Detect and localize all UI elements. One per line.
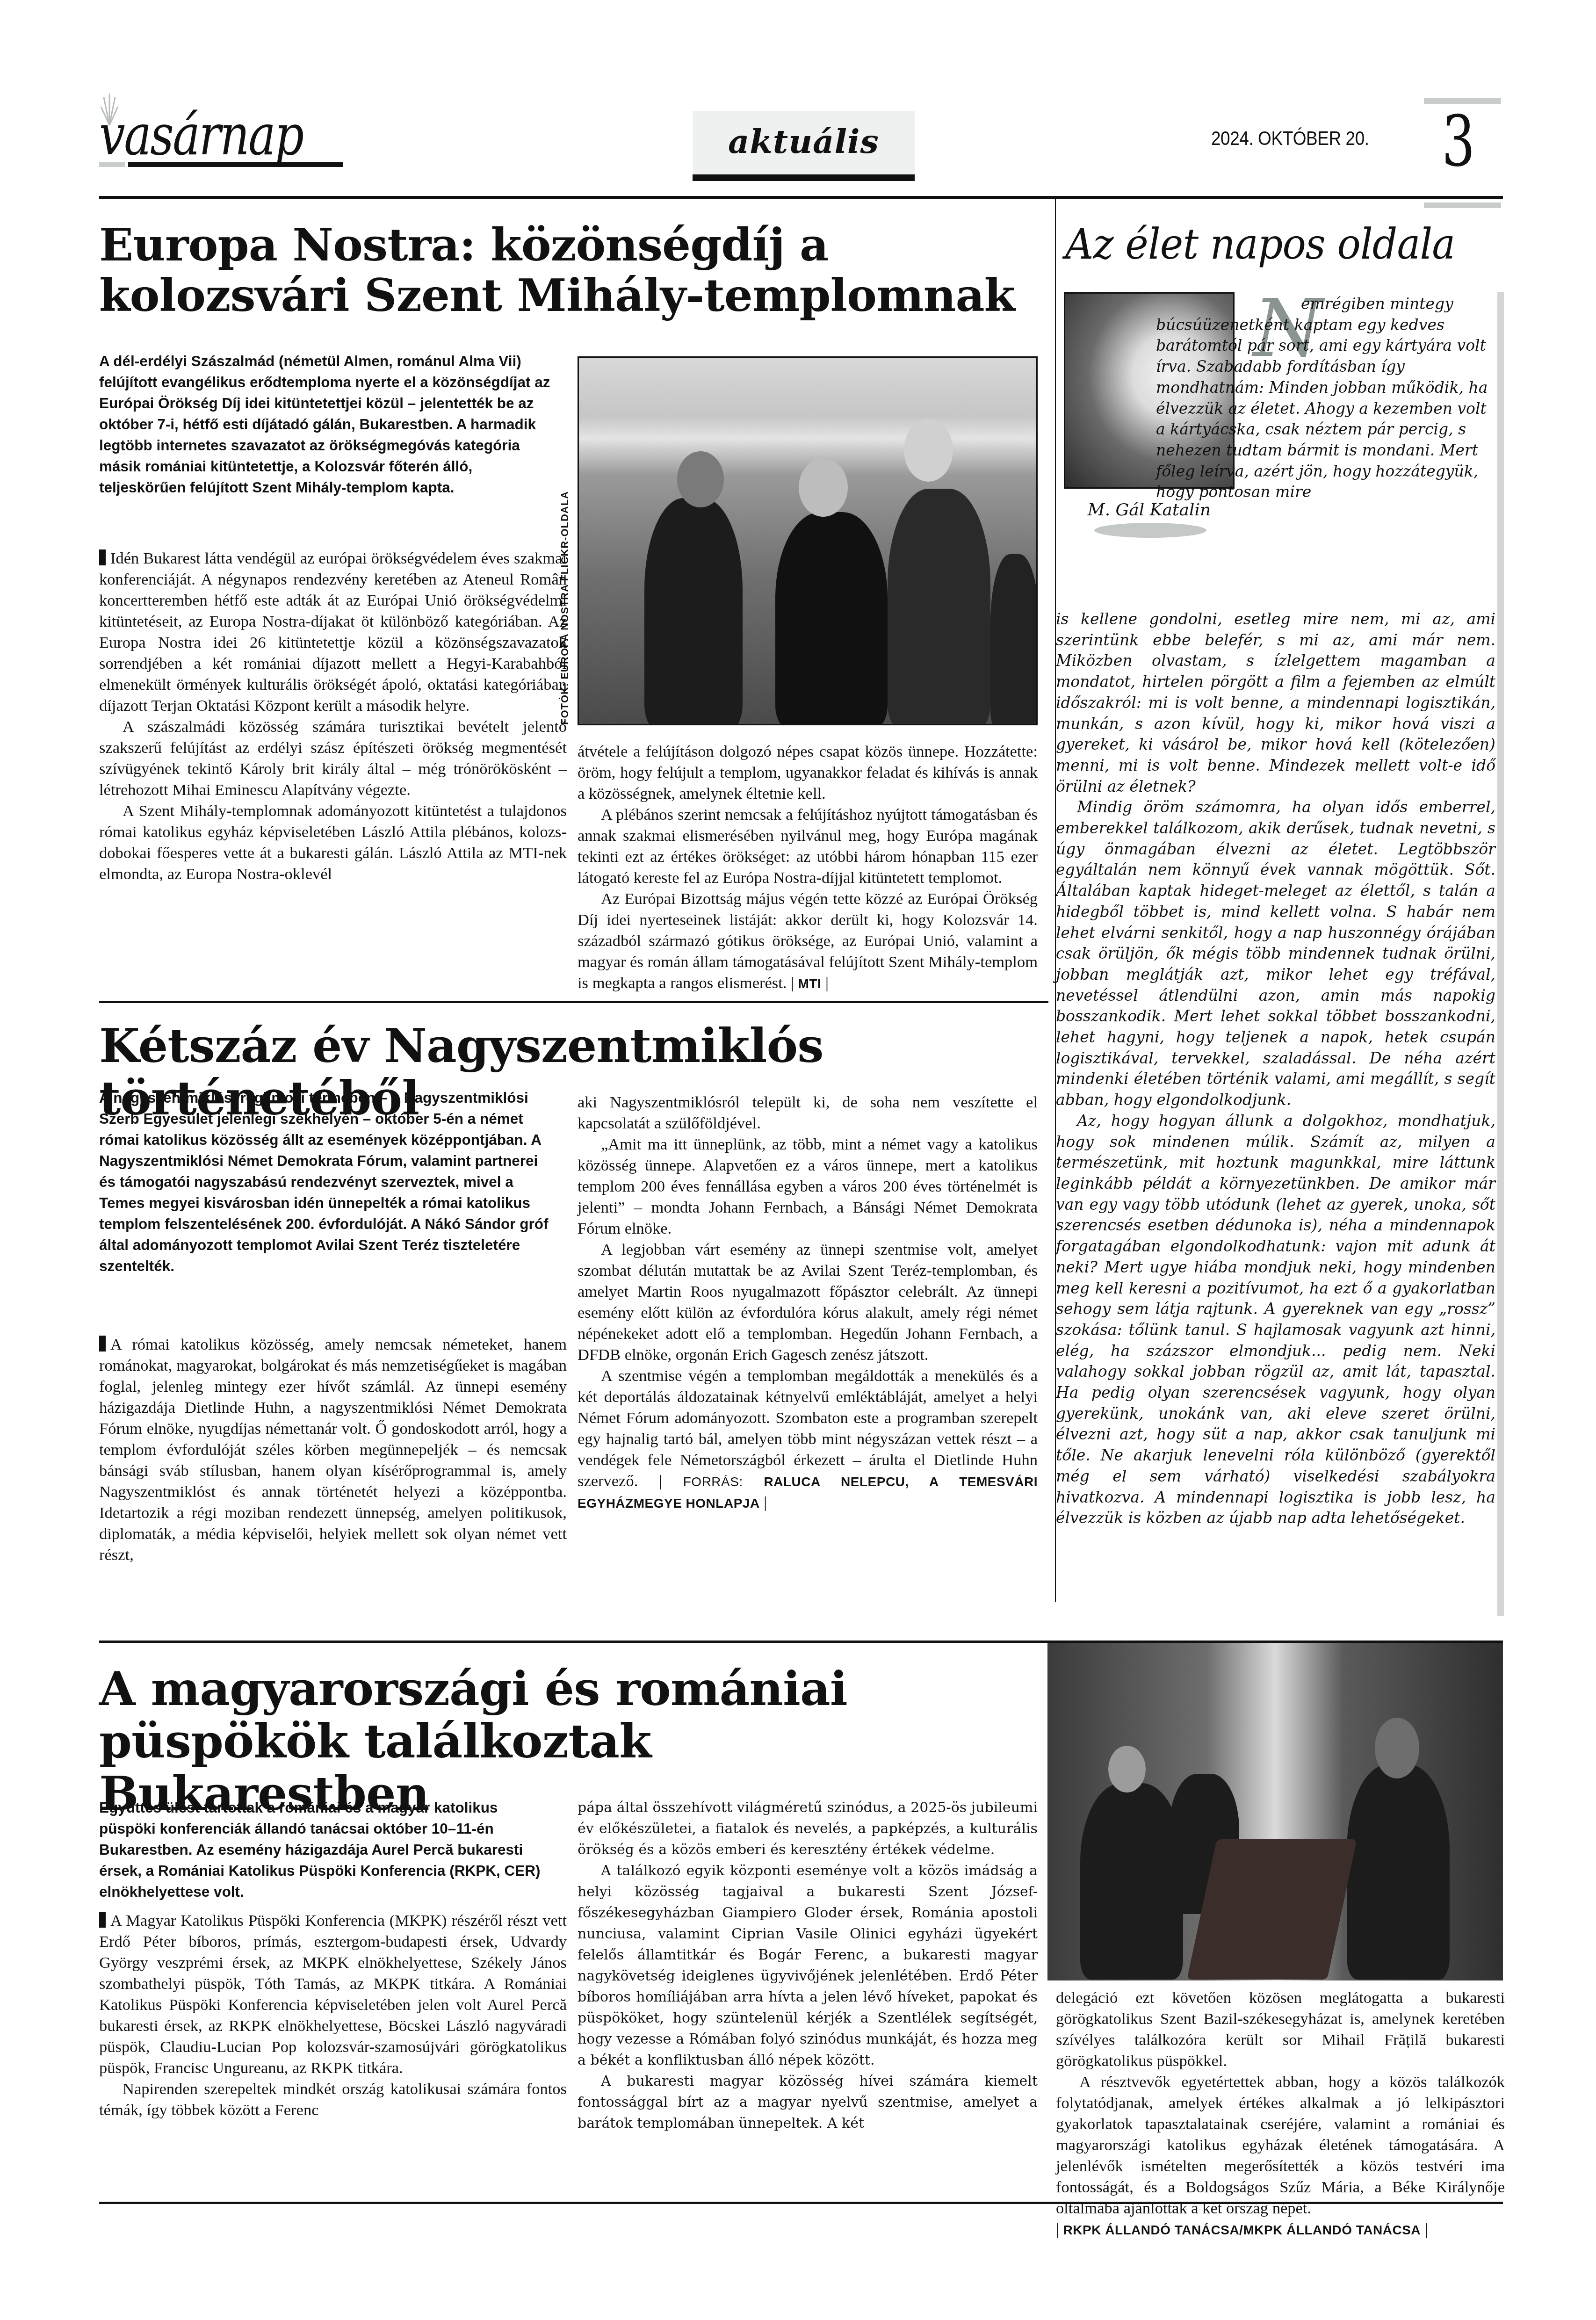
paragraph: A szászalmádi közösség számára turisztik… (99, 716, 567, 801)
paragraph: Idén Bukarest látta vendégül az európai … (99, 548, 567, 716)
article-divider (99, 1001, 1048, 1003)
header-rule (99, 196, 1503, 199)
paragraph: „Amit ma itt ünneplünk, az több, mint a … (578, 1134, 1038, 1239)
paragraph-marker (99, 1912, 106, 1928)
paragraph: A római katolikus közösség, amely nemcsa… (99, 1334, 567, 1566)
paragraph: Az Európai Bizottság május végén tette k… (578, 889, 1038, 994)
article3-photo (1047, 1643, 1503, 1980)
section-label: aktuális (693, 122, 915, 161)
section-tag: aktuális (693, 111, 915, 181)
article1-column-1: Idén Bukarest látta vendégül az európai … (99, 548, 567, 885)
paragraph: A szentmise végén a templomban megáldott… (578, 1366, 1038, 1514)
article3-column-2: pápa által összehívott világméretű szinó… (578, 1797, 1038, 2134)
article3-headline: A magyarországi és romániai püspökök tal… (99, 1662, 988, 1820)
paragraph-marker (99, 1336, 106, 1352)
paragraph: is kellene gondolni, esetleg mire nem, m… (1056, 609, 1495, 797)
paragraph: A bukaresti magyar közösség hívei számár… (578, 2071, 1038, 2134)
paragraph: A Magyar Katolikus Püspöki Konferencia (… (99, 1910, 567, 2079)
paragraph: Az, hogy hogyan állunk a dolgokhoz, mond… (1056, 1111, 1495, 1529)
page-number-value: 3 (1442, 107, 1475, 177)
article1-headline: Europa Nostra: közönségdíj a kolozsvári … (99, 220, 1034, 320)
opinion-title: Az élet napos oldala (1065, 220, 1474, 269)
article2-source: RALUCA NELEPCU, A TEMESVÁRI EGYHÁZMEGYE … (578, 1474, 1038, 1511)
article2-lead: A nagyszentmiklósi régi mozi termében – … (99, 1087, 557, 1277)
paragraph: átvétele a felújításon dolgozó népes csa… (578, 741, 1038, 804)
paragraph: Napirenden szerepeltek mindkét ország ka… (99, 2079, 567, 2121)
logo-text: vasárnap (99, 108, 303, 164)
opinion-intro: emrégiben mintegy búcsúüzenetként kaptam… (1156, 294, 1495, 503)
opinion-body: is kellene gondolni, esetleg mire nem, m… (1056, 609, 1495, 1529)
article1-photo (578, 356, 1038, 725)
paragraph: delegáció ezt követően közösen meglátoga… (1056, 1988, 1505, 2072)
article3-lead: Együttes ülést tartottak a romániai és a… (99, 1797, 557, 1902)
article2-column-2: aki Nagyszentmiklósról települt ki, de s… (578, 1092, 1038, 1514)
paragraph: A résztvevők egyetértettek abban, hogy a… (1056, 2072, 1505, 2219)
article1-column-2: átvétele a felújításon dolgozó népes csa… (578, 741, 1038, 994)
masthead-logo: vasárnap (99, 94, 342, 173)
author-name: M. Gál Katalin (1064, 500, 1235, 520)
article1-lead: A dél-erdélyi Szászalmád (németül Almen,… (99, 351, 557, 498)
paragraph: A találkozó egyik központi eseménye volt… (578, 1860, 1038, 2071)
paragraph-marker (99, 549, 106, 565)
paragraph: A legjobban várt esemény az ünnepi szent… (578, 1239, 1038, 1366)
article1-source: MTI (798, 976, 822, 991)
paragraph: aki Nagyszentmiklósról települt ki, de s… (578, 1092, 1038, 1134)
article2-column-1: A római katolikus közösség, amely nemcsa… (99, 1334, 567, 1566)
paragraph: A Szent Mihály-templomnak adományozott k… (99, 801, 567, 885)
issue-date: 2024. OKTÓBER 20. (1211, 127, 1369, 150)
source-line: | RKPK ÁLLANDÓ TANÁCSA/MKPK ÁLLANDÓ TANÁ… (1056, 2219, 1505, 2240)
page-number: 3 (1424, 98, 1501, 208)
paragraph: pápa által összehívott világméretű szinó… (578, 1797, 1038, 1860)
author-name-ornament (1094, 523, 1206, 538)
bottom-rule (99, 2202, 1503, 2204)
paragraph: A plébános szerint nemcsak a felújításho… (578, 804, 1038, 889)
masthead-underline (99, 162, 342, 167)
article3-source: RKPK ÁLLANDÓ TANÁCSA/MKPK ÁLLANDÓ TANÁCS… (1063, 2223, 1421, 2237)
article3-column-1: A Magyar Katolikus Püspöki Konferencia (… (99, 1910, 567, 2121)
paragraph: Mindig öröm számomra, ha olyan idős embe… (1056, 797, 1495, 1111)
